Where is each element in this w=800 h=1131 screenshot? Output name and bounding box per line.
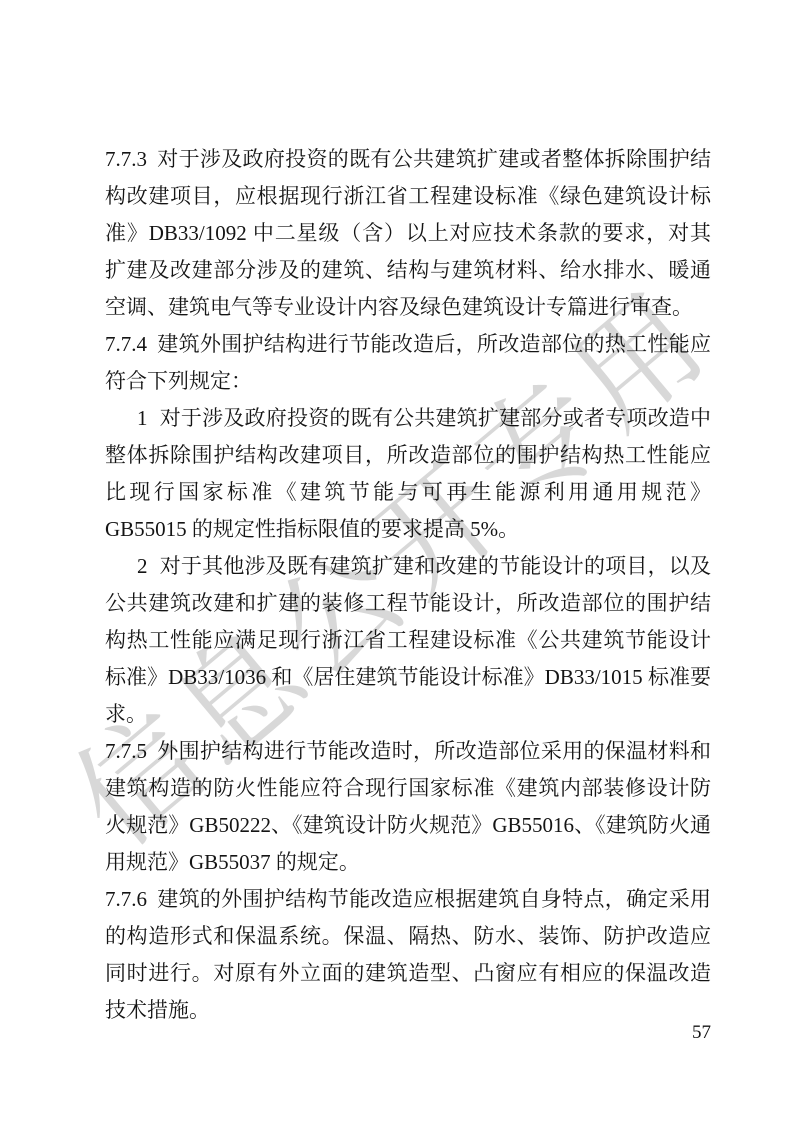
paragraph-text: 对于其他涉及既有建筑扩建和改建的节能设计的项目，以及公共建筑改建和扩建的装修工程…	[105, 554, 711, 726]
paragraph-7-7-4: 7.7.4建筑外围护结构进行节能改造后，所改造部位的热工性能应符合下列规定：	[105, 326, 711, 400]
item-number: 1	[137, 406, 148, 430]
item-number: 2	[137, 554, 148, 578]
paragraph-text: 外围护结构进行节能改造时，所改造部位采用的保温材料和建筑构造的防火性能应符合现行…	[105, 739, 711, 874]
paragraph-7-7-3: 7.7.3对于涉及政府投资的既有公共建筑扩建或者整体拆除围护结构改建项目，应根据…	[105, 141, 711, 326]
list-item-1: 1对于涉及政府投资的既有公共建筑扩建部分或者专项改造中整体拆除围护结构改建项目，…	[105, 400, 711, 548]
document-page: 信息公开专用 7.7.3对于涉及政府投资的既有公共建筑扩建或者整体拆除围护结构改…	[0, 0, 800, 1131]
document-body: 7.7.3对于涉及政府投资的既有公共建筑扩建或者整体拆除围护结构改建项目，应根据…	[105, 141, 711, 1029]
section-number: 7.7.6	[105, 887, 147, 911]
paragraph-7-7-6: 7.7.6建筑的外围护结构节能改造应根据建筑自身特点，确定采用的构造形式和保温系…	[105, 881, 711, 1029]
paragraph-7-7-5: 7.7.5外围护结构进行节能改造时，所改造部位采用的保温材料和建筑构造的防火性能…	[105, 733, 711, 881]
paragraph-text: 建筑的外围护结构节能改造应根据建筑自身特点，确定采用的构造形式和保温系统。保温、…	[105, 887, 711, 1022]
section-number: 7.7.3	[105, 147, 147, 171]
paragraph-text: 对于涉及政府投资的既有公共建筑扩建或者整体拆除围护结构改建项目，应根据现行浙江省…	[105, 147, 711, 319]
page-number: 57	[105, 1022, 711, 1044]
section-number: 7.7.5	[105, 739, 147, 763]
list-item-2: 2对于其他涉及既有建筑扩建和改建的节能设计的项目，以及公共建筑改建和扩建的装修工…	[105, 548, 711, 733]
paragraph-text: 建筑外围护结构进行节能改造后，所改造部位的热工性能应符合下列规定：	[105, 332, 711, 393]
paragraph-text: 对于涉及政府投资的既有公共建筑扩建部分或者专项改造中整体拆除围护结构改建项目，所…	[105, 406, 711, 541]
section-number: 7.7.4	[105, 332, 147, 356]
